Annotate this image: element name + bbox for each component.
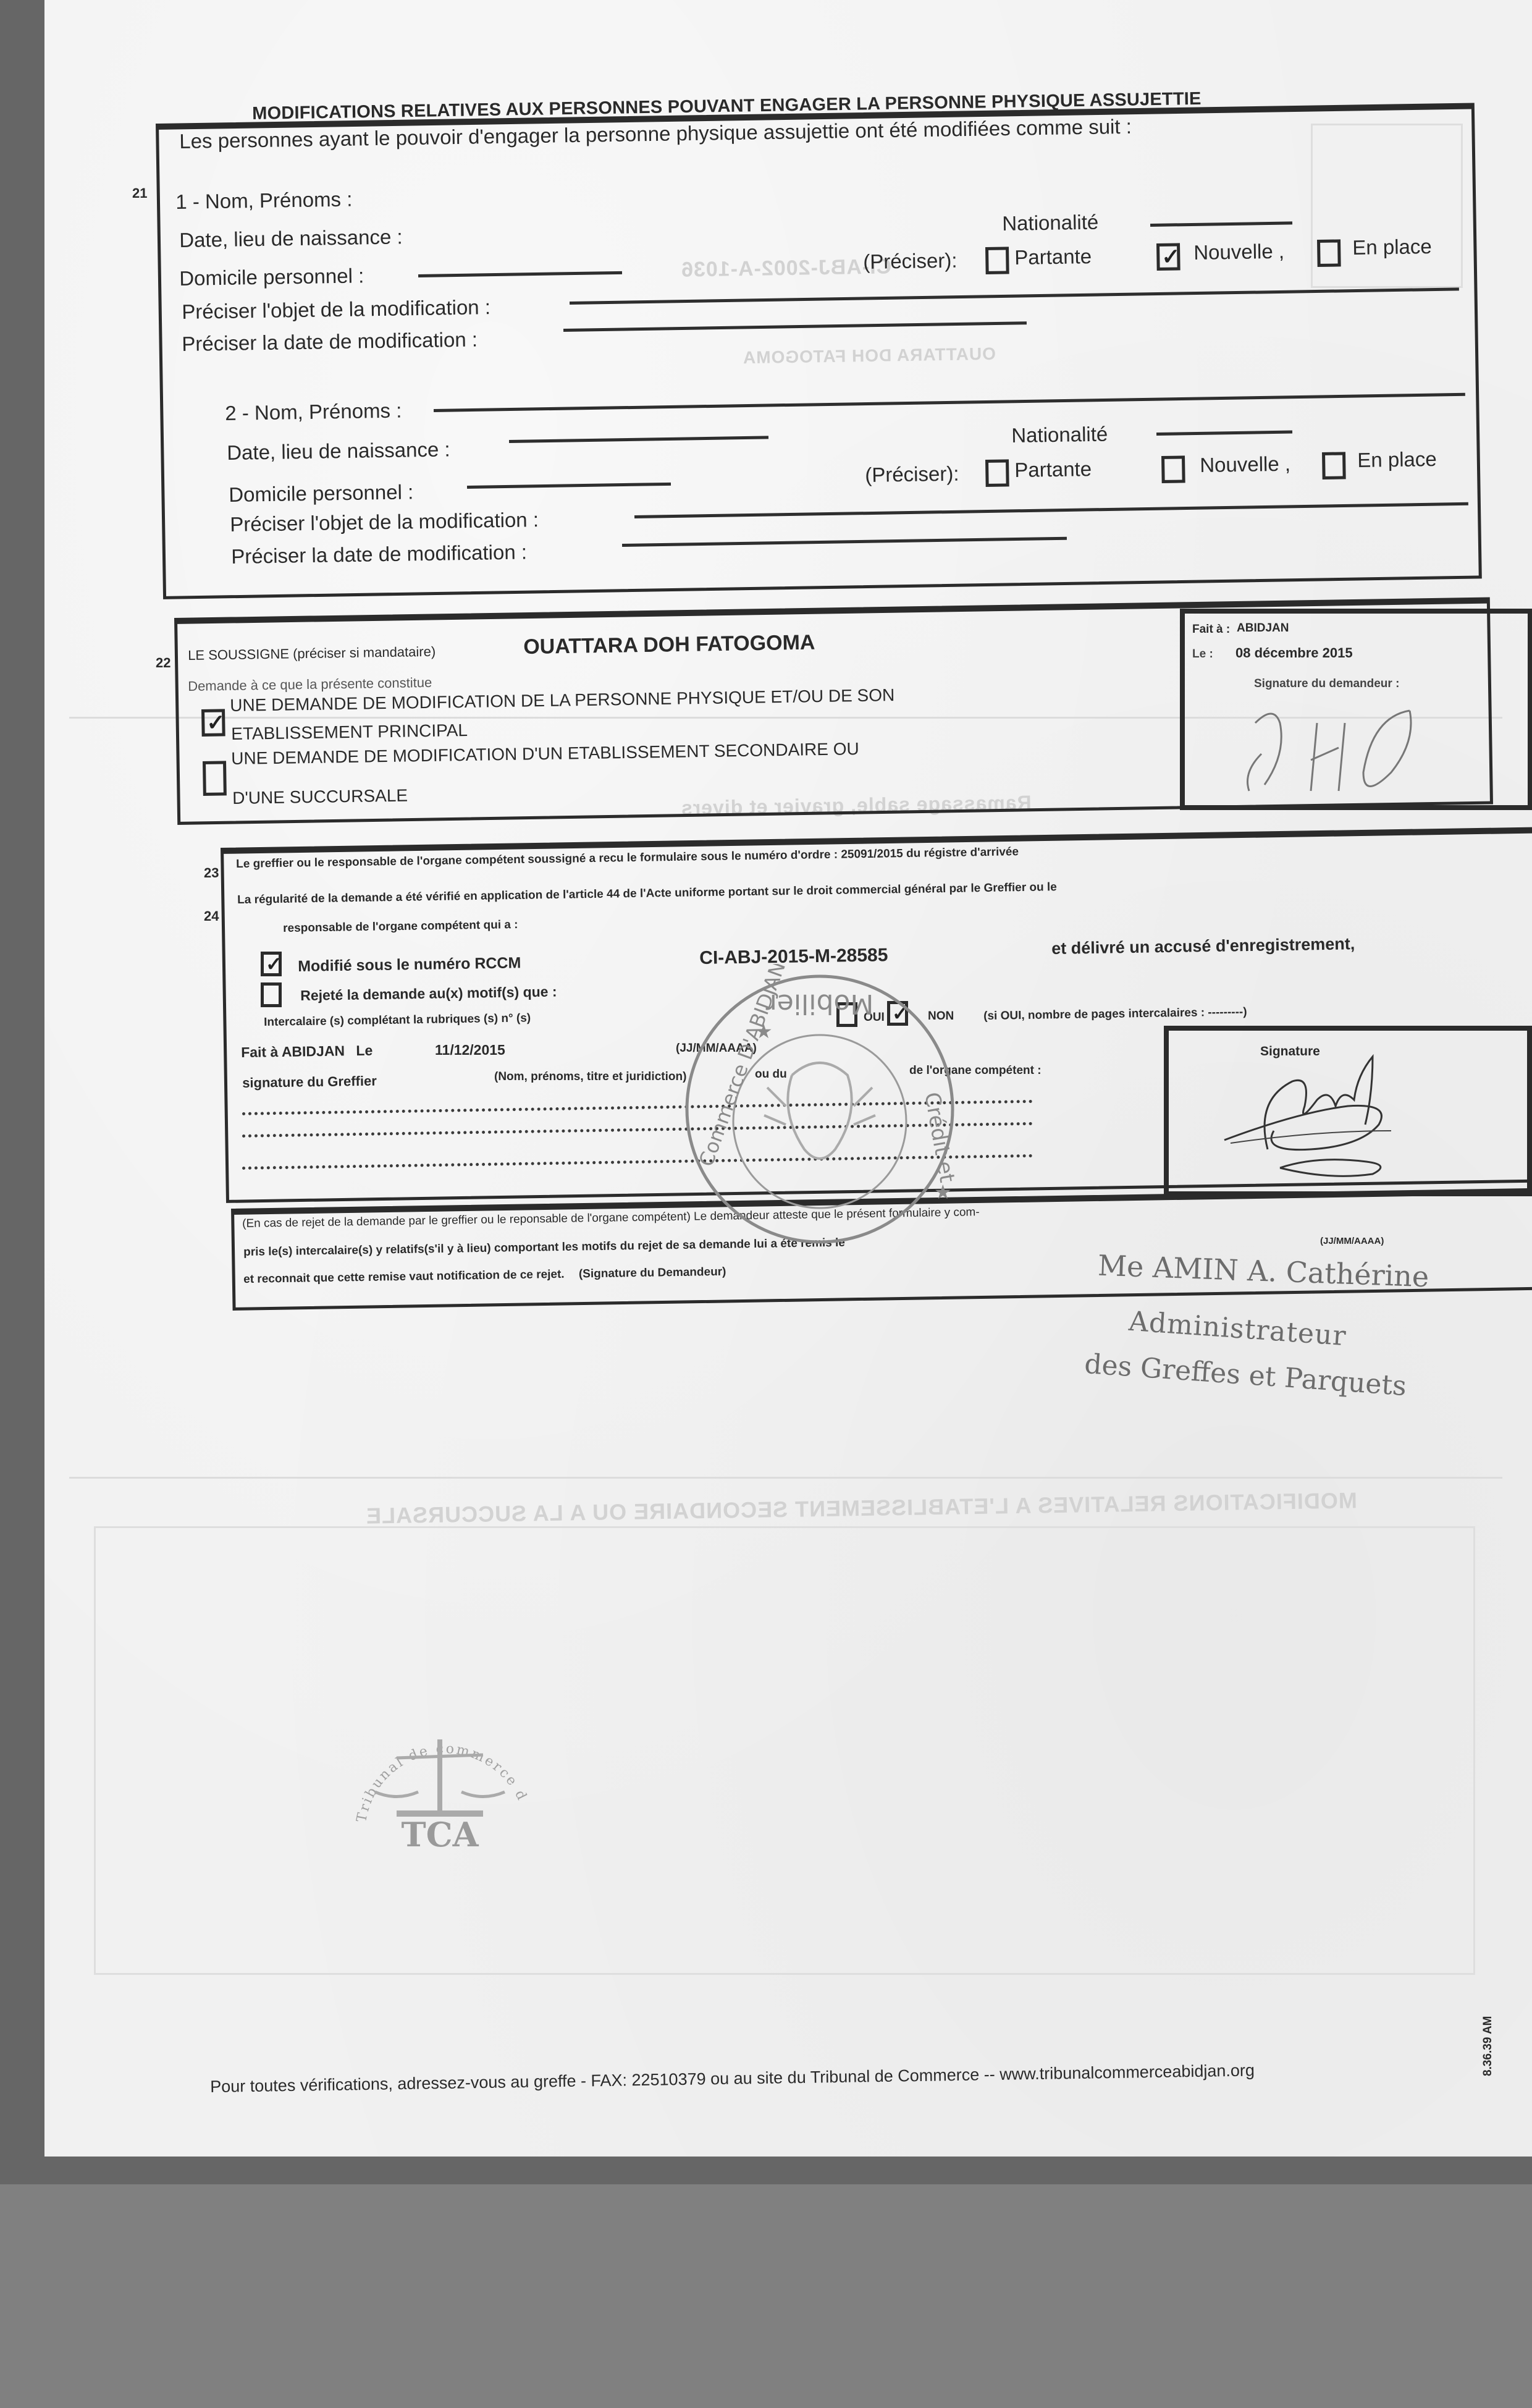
person-2-nouvelle-checkbox[interactable] xyxy=(1161,455,1185,483)
registrar-signature xyxy=(1206,1038,1441,1180)
modified-rccm-label: Modifié sous le numéro RCCM xyxy=(298,954,521,976)
modified-rccm-checkbox[interactable]: ✓ xyxy=(261,952,282,976)
document-page: MODIFICATIONS RELATIVES A L'ETABLISSEMEN… xyxy=(44,0,1532,2157)
applicant-place-value: ABIDJAN xyxy=(1237,622,1289,635)
official-stamp-title1: Administrateur xyxy=(1128,1306,1347,1352)
person-1-nouvelle-checkbox[interactable]: ✓ xyxy=(1156,243,1181,271)
footer-verification-text: Pour toutes vérifications, adressez-vous… xyxy=(210,2061,1255,2097)
person-1-date-label: Préciser la date de modification : xyxy=(182,327,478,356)
undersigned-name: OUATTARA DOH FATOGOMA xyxy=(523,631,815,659)
registrar-date-value: 11/12/2015 xyxy=(435,1042,505,1058)
request-secondary-label-line2: D'UNE SUCCURSALE xyxy=(232,786,408,808)
scan-timestamp: 8.36.39 AM xyxy=(1481,2016,1495,2076)
person-2-en-place-checkbox[interactable] xyxy=(1322,452,1346,479)
applicant-signature-label: Signature du demandeur : xyxy=(1254,677,1399,691)
tca-letters: TCA xyxy=(401,1815,479,1854)
check-icon: ✓ xyxy=(1161,244,1181,269)
person-1-specify-label: (Préciser): xyxy=(863,249,958,274)
svg-text:Tribunal de commerce d'Abidjan: Tribunal de commerce d'Abidjan xyxy=(316,1699,530,1823)
person-2-domicile-label: Domicile personnel : xyxy=(229,480,414,507)
person-1-name-label: 1 - Nom, Prénoms : xyxy=(175,188,353,214)
person-1-nationality-label: Nationalité xyxy=(1002,211,1099,235)
seal-text-left: Commerce D'ABIDJAN xyxy=(694,964,790,1170)
request-secondary-checkbox[interactable] xyxy=(203,761,227,796)
registrar-date-label: Le xyxy=(356,1042,372,1058)
court-round-seal: Mobilier Commerce D'ABIDJAN Crédit et ★ … xyxy=(675,964,965,1254)
row-number-22: 22 xyxy=(156,655,170,671)
row-number-23: 23 xyxy=(204,865,219,881)
greffier-signature-label: signature du Greffier xyxy=(242,1073,377,1091)
greffier-name-hint: (Nom, prénoms, titre et juridiction) xyxy=(494,1070,686,1084)
svg-text:★: ★ xyxy=(934,1180,952,1204)
check-icon: ✓ xyxy=(266,953,282,975)
bleed-through-frame xyxy=(94,1526,1475,1975)
person-1-birth-label: Date, lieu de naissance : xyxy=(179,225,403,252)
registrar-place-label: Fait à xyxy=(241,1044,278,1060)
person-2-name-label: 2 - Nom, Prénoms : xyxy=(225,399,402,425)
request-principal-checkbox[interactable]: ✓ xyxy=(201,709,225,737)
applicant-date-label: Le : xyxy=(1192,648,1213,661)
seal-text-top: Mobilier xyxy=(765,988,874,1020)
request-principal-label-line2: ETABLISSEMENT PRINCIPAL xyxy=(231,720,468,744)
person-2-nationality-label: Nationalité xyxy=(1011,423,1108,447)
official-stamp-title2: des Greffes et Parquets xyxy=(1084,1348,1408,1402)
rejection-signature-hint: (Signature du Demandeur) xyxy=(579,1265,726,1281)
receipt-text-after: du régistre d'arrivée xyxy=(906,845,1019,860)
svg-text:★: ★ xyxy=(755,1020,773,1043)
person-1-en-place-checkbox[interactable] xyxy=(1317,239,1341,267)
person-2-en-place-label: En place xyxy=(1357,447,1437,472)
scan-background-band xyxy=(0,2157,1532,2184)
applicant-signature xyxy=(1231,698,1428,797)
person-1-domicile-label: Domicile personnel : xyxy=(179,264,364,290)
registrar-place-value: ABIDJAN xyxy=(282,1042,345,1060)
person-2-date-label: Préciser la date de modification : xyxy=(231,540,527,568)
person-2-nouvelle-label: Nouvelle , xyxy=(1200,452,1290,477)
check-icon: ✓ xyxy=(206,710,225,735)
applicant-place-label: Fait à : xyxy=(1192,623,1230,636)
person-1-en-place-label: En place xyxy=(1352,235,1432,260)
rejected-checkbox[interactable] xyxy=(261,982,282,1007)
person-2-partante-label: Partante xyxy=(1014,457,1092,482)
row-number-24: 24 xyxy=(204,908,219,924)
order-number: 25091/2015 xyxy=(841,847,903,861)
bleed-through-rule xyxy=(69,1477,1502,1479)
person-1-partante-checkbox[interactable] xyxy=(985,247,1009,274)
person-2-object-label: Préciser l'objet de la modification : xyxy=(230,508,539,536)
person-2-specify-label: (Préciser): xyxy=(865,462,959,487)
person-1-object-label: Préciser l'objet de la modification : xyxy=(182,295,490,324)
bleed-through-heading: MODIFICATIONS RELATIVES A L'ETABLISSEMEN… xyxy=(366,1487,1357,1529)
person-1-partante-label: Partante xyxy=(1014,245,1092,269)
tca-seal: Tribunal de commerce d'Abidjan TCA xyxy=(316,1699,563,1860)
row-number-21: 21 xyxy=(132,185,147,201)
applicant-date-value: 08 décembre 2015 xyxy=(1235,645,1353,661)
rejection-date-format: (JJ/MM/AAAA) xyxy=(1320,1236,1384,1246)
person-2-birth-label: Date, lieu de naissance : xyxy=(227,437,450,465)
registrar-place: Fait à ABIDJAN Le xyxy=(241,1042,372,1061)
scan-background-left xyxy=(0,0,44,2184)
person-2-partante-checkbox[interactable] xyxy=(985,459,1009,487)
person-1-nouvelle-label: Nouvelle , xyxy=(1193,240,1284,264)
tca-ring-text: Tribunal de commerce d'Abidjan xyxy=(316,1699,530,1823)
